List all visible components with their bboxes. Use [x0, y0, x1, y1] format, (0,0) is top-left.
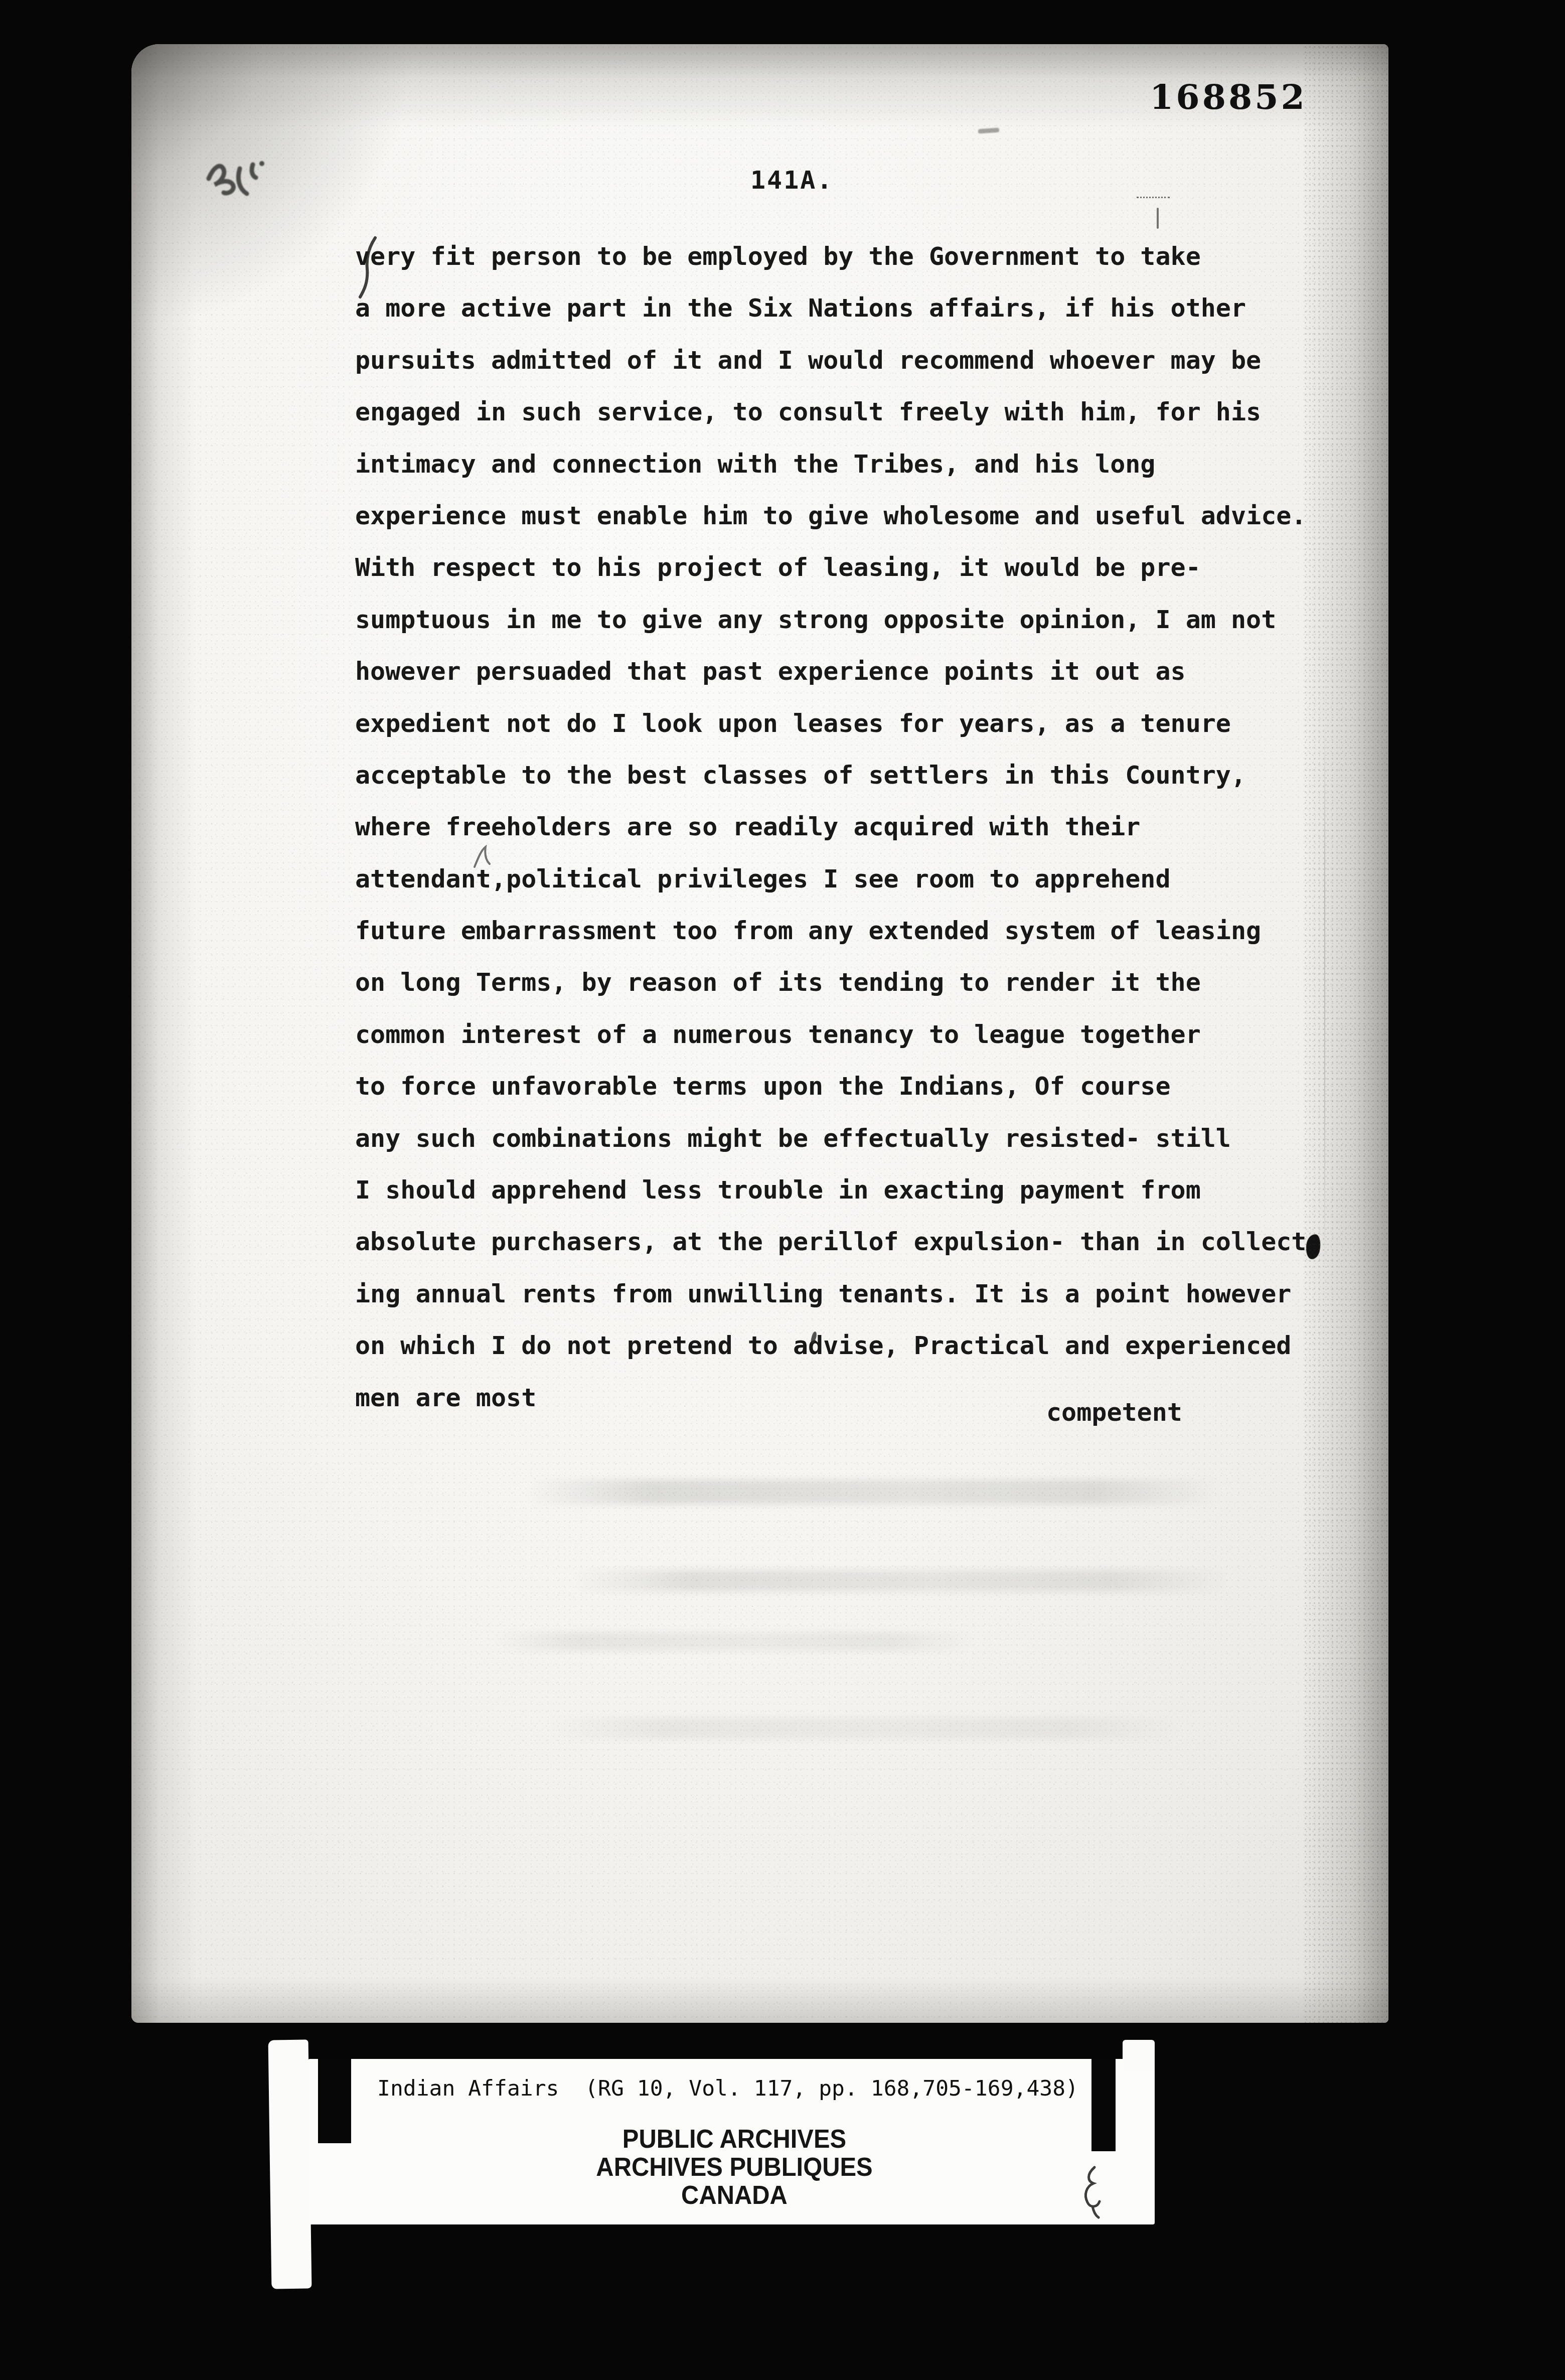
- body-text-line: on which I do not pretend to advise, Pra…: [355, 1320, 1306, 1372]
- body-text-line: on long Terms, by reason of its tending …: [355, 957, 1306, 1008]
- archives-stamp: PUBLIC ARCHIVESARCHIVES PUBLIQUESCANADA: [588, 2125, 881, 2209]
- film-scratch: [1324, 721, 1325, 1273]
- body-text-line: engaged in such service, to consult free…: [355, 386, 1306, 438]
- body-text-line: sumptuous in me to give any strong oppos…: [355, 594, 1306, 646]
- page-number: 141A.: [750, 166, 834, 195]
- bleed-through-smudge: [493, 1632, 974, 1651]
- film-grain-band: [1303, 44, 1388, 2023]
- body-text-line: future embarrassment too from any extend…: [355, 905, 1306, 957]
- body-text-line: pursuits admitted of it and I would reco…: [355, 335, 1306, 386]
- archives-stamp-line: CANADA: [588, 2181, 881, 2209]
- dotted-mark: [1137, 191, 1170, 198]
- bleed-through-smudge: [573, 1570, 1230, 1591]
- body-text-line: very fit person to be employed by the Go…: [355, 231, 1306, 282]
- archive-reference-card: Indian Affairs (RG 10, Vol. 117, pp. 168…: [308, 2059, 1155, 2224]
- body-text-line: any such combinations might be effectual…: [355, 1113, 1306, 1164]
- film-frame: { "colors": { "film_background": "#06060…: [0, 0, 1565, 2380]
- archives-stamp-line: PUBLIC ARCHIVES: [588, 2125, 881, 2153]
- body-text-line: intimacy and connection with the Tribes,…: [355, 438, 1306, 490]
- film-notch-left: [318, 2059, 351, 2143]
- frame-number-stamp: 168852: [1150, 77, 1307, 117]
- stray-ink-mark: [1157, 208, 1159, 229]
- stray-smudge-mark: [978, 128, 1000, 134]
- pencil-scribble-mark: [201, 154, 281, 209]
- body-text-line: With respect to his project of leasing, …: [355, 542, 1306, 593]
- document-page: 168852 141A. very fit person to be emplo…: [131, 44, 1388, 2023]
- reference-label: Indian Affairs (RG 10, Vol. 117, pp. 168…: [377, 2076, 1078, 2101]
- film-notch-right: [1091, 2059, 1116, 2151]
- document-body-text: very fit person to be employed by the Go…: [355, 231, 1306, 1424]
- body-text-line: attendant,political privileges I see roo…: [355, 853, 1306, 905]
- card-nub: [1123, 2040, 1155, 2070]
- body-text-line: acceptable to the best classes of settle…: [355, 750, 1306, 801]
- archives-stamp-line: ARCHIVES PUBLIQUES: [588, 2153, 881, 2181]
- body-text-line: expedient not do I look upon leases for …: [355, 698, 1306, 750]
- body-text-line: experience must enable him to give whole…: [355, 490, 1306, 542]
- catchword: competent: [1046, 1398, 1182, 1427]
- ink-blot: [1305, 1233, 1322, 1260]
- body-text-line: I should apprehend less trouble in exact…: [355, 1164, 1306, 1216]
- body-text-line: to force unfavorable terms upon the Indi…: [355, 1061, 1306, 1112]
- bleed-through-smudge: [528, 1480, 1220, 1504]
- body-text-line: absolute purchasers, at the perillof exp…: [355, 1216, 1306, 1268]
- body-text-line: common interest of a numerous tenancy to…: [355, 1009, 1306, 1061]
- bleed-through-smudge: [548, 1718, 1180, 1739]
- body-text-line: a more active part in the Six Nations af…: [355, 282, 1306, 334]
- film-sprocket-strip: [268, 2039, 312, 2289]
- card-squiggle-mark: [1077, 2164, 1106, 2219]
- body-text-line: ing annual rents from unwilling tenants.…: [355, 1268, 1306, 1320]
- body-text-line: where freeholders are so readily acquire…: [355, 801, 1306, 853]
- body-text-line: however persuaded that past experience p…: [355, 646, 1306, 697]
